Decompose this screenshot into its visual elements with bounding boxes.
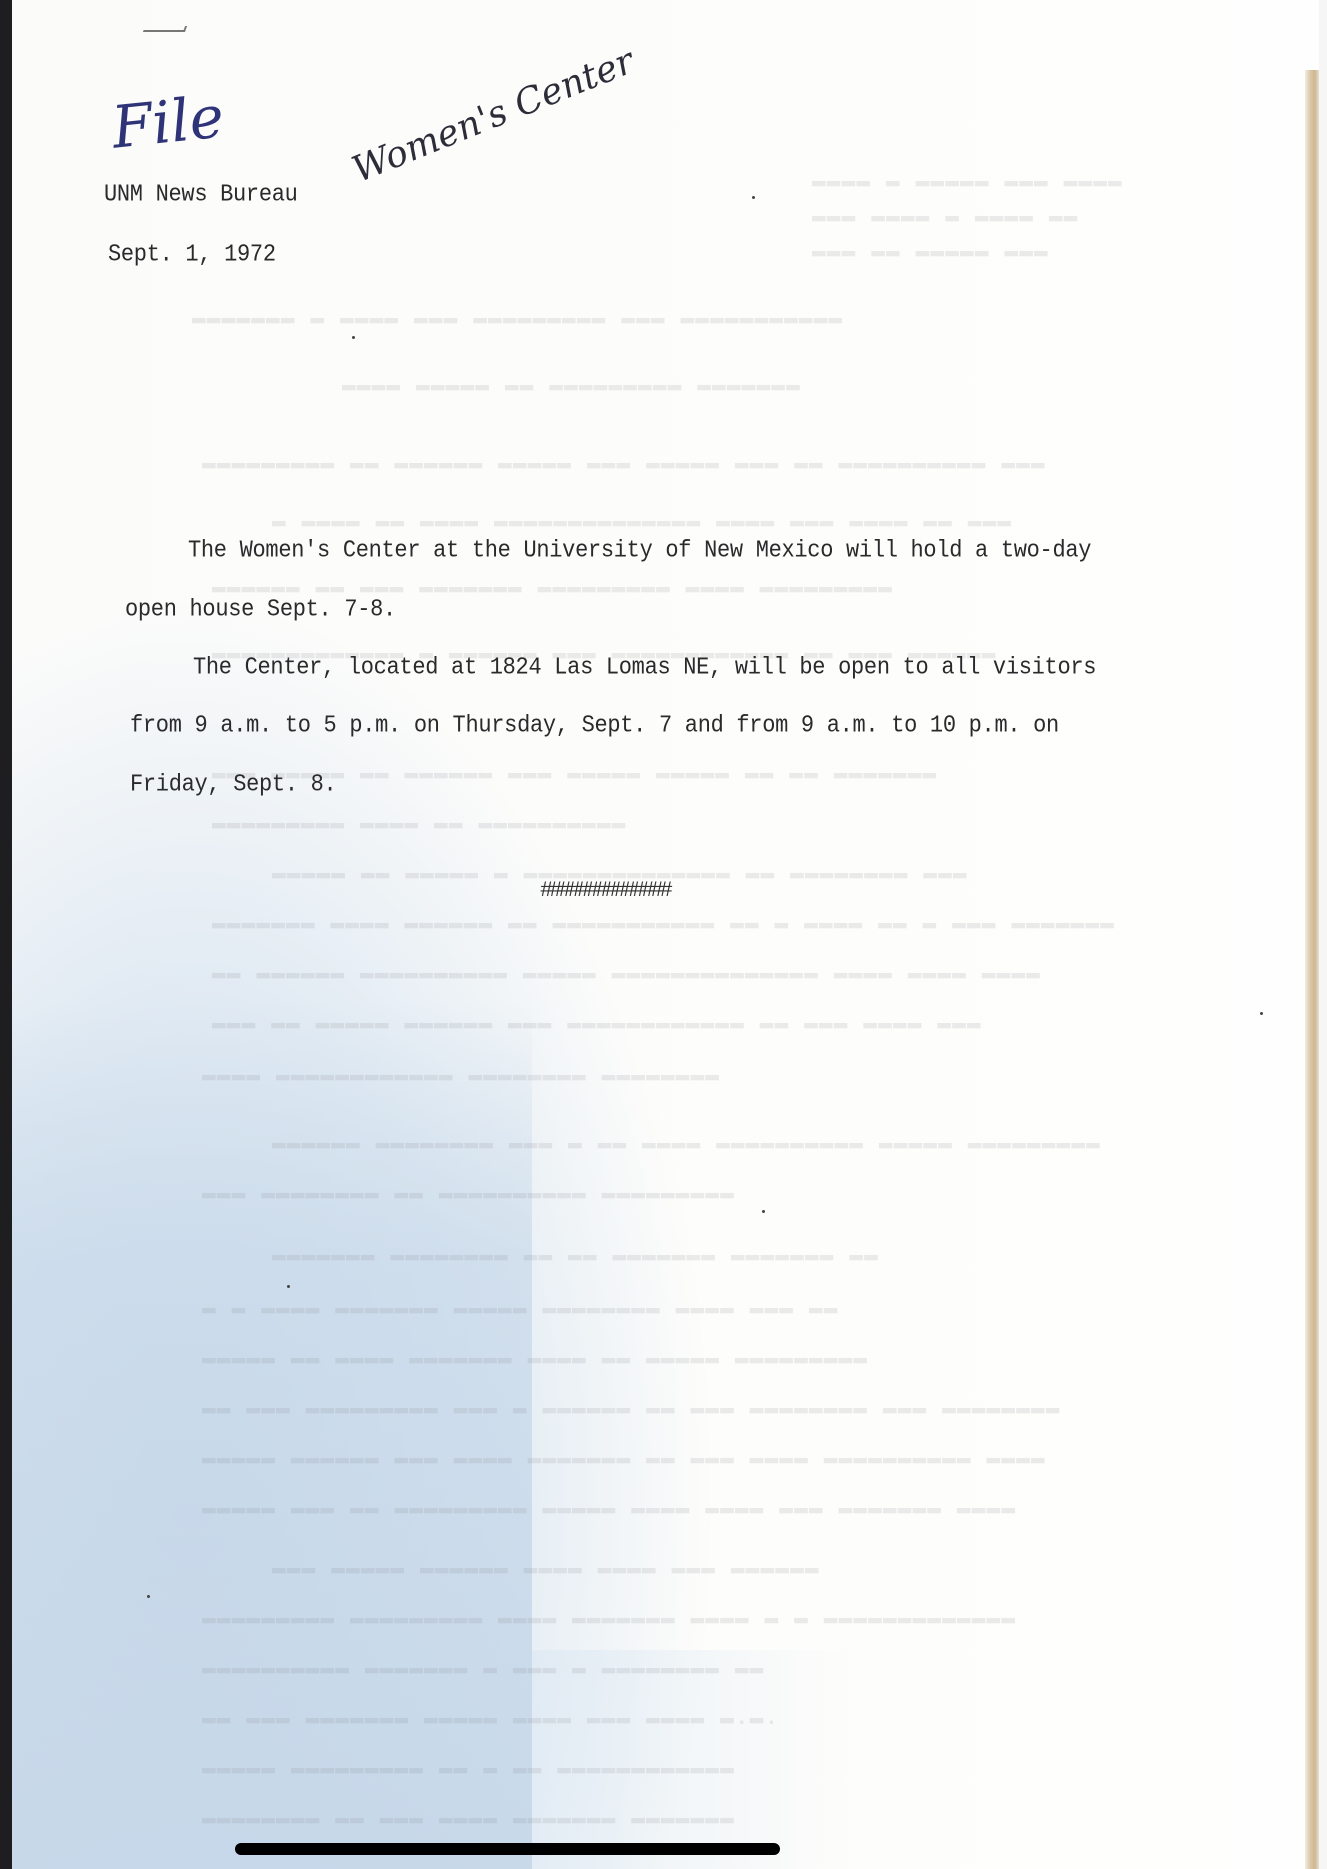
speck [287,1285,290,1288]
bleed-through-text: ▬▬▬ ▬▬▬▬▬ ▬▬▬▬▬▬ ▬▬▬▬ ▬▬▬▬ ▬▬▬ ▬▬▬▬▬▬ [272,1555,820,1581]
body-paragraph-2-line-2: from 9 a.m. to 5 p.m. on Thursday, Sept.… [130,712,1059,739]
document-date: Sept. 1, 1972 [108,241,276,268]
handwritten-subject-note: Women's Center [347,41,640,191]
bleed-through-text: ▬▬▬▬▬▬▬▬▬ ▬▬▬▬ ▬▬ ▬▬▬▬▬▬▬▬▬▬ [212,810,626,836]
speck [762,1210,765,1213]
speck [352,336,355,339]
organization-header: UNM News Bureau [104,181,298,208]
bleed-through-text: ▬▬▬ ▬▬ ▬▬▬▬▬ ▬▬▬▬▬▬ ▬▬▬ ▬▬▬▬▬▬▬▬▬▬▬▬ ▬▬ … [212,1010,982,1036]
bleed-through-text: ▬▬▬▬▬▬▬ ▬ ▬▬▬▬ ▬▬▬ ▬▬▬▬▬▬▬▬▬ ▬▬▬ ▬▬▬▬▬▬▬… [192,305,843,331]
bleed-through-text: ▬▬▬▬ ▬ ▬▬▬▬▬ ▬▬▬ ▬▬▬▬ [812,168,1123,194]
bleed-through-text: ▬▬▬▬▬▬▬ ▬▬▬▬ ▬▬▬▬▬▬ ▬▬ ▬▬▬▬▬▬▬▬▬▬▬ ▬▬ ▬ … [212,910,1115,936]
bleed-through-text: ▬▬▬▬▬▬▬▬▬▬ ▬▬▬▬▬▬▬ ▬ ▬▬▬ ▬ ▬▬▬▬▬▬▬▬ ▬▬ [202,1655,765,1681]
body-paragraph-1-line-1: The Women's Center at the University of … [188,537,1091,564]
bleed-through-text: ▬▬▬▬▬ ▬▬ ▬▬▬▬ ▬▬▬▬▬▬▬ ▬▬▬▬ ▬▬ ▬▬▬▬▬ ▬▬▬▬… [202,1345,868,1371]
body-paragraph-1-line-2: open house Sept. 7-8. [125,596,396,623]
bleed-through-text: ▬▬▬▬▬▬ ▬▬▬▬▬▬▬▬ ▬▬▬ ▬ ▬▬ ▬▬▬▬ ▬▬▬▬▬▬▬▬▬▬… [272,1130,1101,1156]
document-page: ▬▬▬▬ ▬ ▬▬▬▬▬ ▬▬▬ ▬▬▬▬ ▬▬▬ ▬▬▬▬ ▬ ▬▬▬▬ ▬▬… [12,0,1327,1869]
bleed-through-text: ▬▬▬▬▬ ▬▬▬▬▬▬ ▬▬▬ ▬▬▬▬ ▬▬▬▬▬▬▬ ▬▬ ▬▬▬ ▬▬▬… [202,1445,1046,1471]
bleed-through-text: ▬▬ ▬▬▬▬▬▬ ▬▬▬▬▬▬▬▬▬▬ ▬▬▬▬▬ ▬▬▬▬▬▬▬▬▬▬▬▬▬… [212,960,1041,986]
bleed-through-text: ▬▬▬▬▬▬▬▬▬ ▬▬▬▬▬▬▬▬▬ ▬▬▬▬ ▬▬▬▬▬▬▬ ▬▬▬▬ ▬ … [202,1605,1016,1631]
paper-stack-edge [1305,70,1319,1869]
bleed-through-text: ▬ ▬ ▬▬▬▬ ▬▬▬▬▬▬▬ ▬▬▬▬▬ ▬▬▬▬▬▬▬▬ ▬▬▬▬ ▬▬▬… [202,1295,839,1321]
home-indicator[interactable] [235,1843,780,1855]
bleed-through-text: ▬▬▬▬▬ ▬▬▬ ▬▬ ▬▬▬▬▬▬▬▬▬ ▬▬▬▬▬ ▬▬▬▬ ▬▬▬▬ ▬… [202,1495,1016,1521]
bleed-through-text: ▬▬▬ ▬▬▬▬ ▬ ▬▬▬▬ ▬▬ [812,203,1078,229]
bleed-through-text: ▬▬ ▬▬▬ ▬▬▬▬▬▬▬ ▬▬▬▬▬ ▬▬▬▬ ▬▬▬ ▬▬▬▬ ▬.▬. [202,1705,779,1731]
page-edge [1319,0,1327,1869]
pen-mark [143,26,187,32]
bleed-through-text: ▬ ▬▬▬▬ ▬▬ ▬▬▬▬ ▬▬▬▬▬▬▬▬▬▬▬▬▬▬ ▬▬▬▬ ▬▬▬ ▬… [272,508,1012,534]
speck [1260,1012,1263,1015]
bleed-through-text: ▬▬▬▬▬ ▬▬▬▬▬▬▬▬▬ ▬▬ ▬ ▬▬ ▬▬▬▬▬▬▬▬▬▬▬▬ [202,1755,735,1781]
bleed-through-text: ▬▬▬▬ ▬▬▬▬▬ ▬▬ ▬▬▬▬▬▬▬▬▬ ▬▬▬▬▬▬▬ [342,372,801,398]
body-paragraph-2-line-1: The Center, located at 1824 Las Lomas NE… [193,654,1096,681]
bleed-through-text: ▬▬▬▬▬▬▬ ▬▬▬▬▬▬▬▬ ▬▬ ▬▬ ▬▬▬▬▬▬▬ ▬▬▬▬▬▬▬ ▬… [272,1242,879,1268]
handwritten-file-note: File [109,82,227,161]
speck [147,1595,150,1598]
bleed-through-text: ▬▬ ▬▬▬ ▬▬▬▬▬▬▬▬▬ ▬▬▬ ▬ ▬▬▬▬▬▬ ▬▬ ▬▬▬ ▬▬▬… [202,1395,1061,1421]
bleed-through-text: ▬▬▬ ▬▬▬▬▬▬▬▬ ▬▬ ▬▬▬▬▬▬▬▬▬▬ ▬▬▬▬▬▬▬▬▬ [202,1180,735,1206]
bleed-through-text: ▬▬▬▬ ▬▬▬▬▬▬▬▬▬▬▬▬ ▬▬▬▬▬▬▬▬ ▬▬▬▬▬▬▬▬ [202,1062,720,1088]
end-mark: ############## [540,878,669,903]
body-paragraph-2-line-3: Friday, Sept. 8. [130,771,336,798]
bleed-through-text: ▬▬▬ ▬▬ ▬▬▬▬▬ ▬▬▬ [812,238,1049,264]
speck [752,196,755,199]
bleed-through-text: ▬▬▬▬▬▬▬▬ ▬▬ ▬▬▬ ▬▬▬▬ ▬▬▬▬▬▬▬ ▬▬▬▬▬▬▬ [202,1805,735,1831]
bleed-through-text: ▬▬▬▬▬▬▬▬▬ ▬▬ ▬▬▬▬▬▬ ▬▬▬▬▬ ▬▬▬ ▬▬▬▬▬ ▬▬▬ … [202,450,1046,476]
